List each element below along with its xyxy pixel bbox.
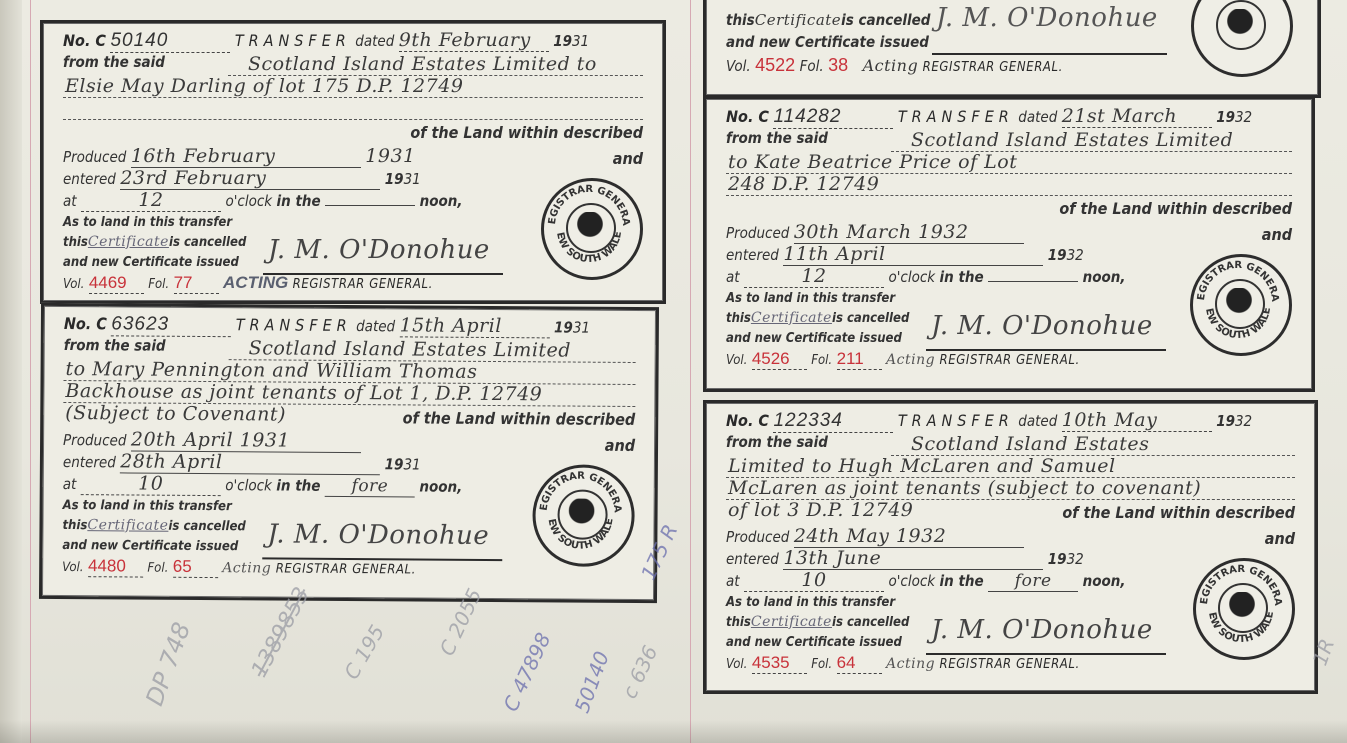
signature-line bbox=[926, 653, 1166, 655]
label-produced: Produced bbox=[726, 528, 789, 546]
label-entered: entered bbox=[63, 453, 116, 471]
registrar-label: REGISTRAR GENERAL. bbox=[940, 353, 1080, 368]
dated-year: 31 bbox=[572, 32, 589, 50]
entered-value: 11th April bbox=[783, 243, 1043, 266]
year-prefix: 19 bbox=[554, 318, 573, 336]
registrar-seal: REGISTRAR GENERAL NEW SOUTH WALES bbox=[532, 464, 635, 567]
label-cancelled: is cancelled bbox=[168, 519, 245, 535]
label-of-land: of the Land within described bbox=[1059, 199, 1292, 218]
transfer-number: 63623 bbox=[111, 313, 231, 337]
crest-icon bbox=[1227, 9, 1253, 39]
crest-icon bbox=[577, 212, 603, 242]
label-entered: entered bbox=[726, 246, 779, 264]
margin-line-left bbox=[30, 0, 31, 743]
signature: J. M. O'Donohue bbox=[931, 311, 1153, 341]
dated-value: 9th February bbox=[399, 29, 549, 52]
label-new-cert: and new Certificate issued bbox=[63, 255, 239, 270]
label-no-c: No. C bbox=[64, 314, 107, 333]
fol-value: 77 bbox=[174, 273, 219, 294]
signature: J. M. O'Donohue bbox=[267, 519, 489, 551]
label-this: this bbox=[726, 311, 751, 326]
vol-value: 4469 bbox=[89, 273, 144, 294]
label-vol: Vol. bbox=[726, 353, 747, 368]
label-entered: entered bbox=[63, 170, 116, 188]
label-new-cert: and new Certificate issued bbox=[726, 635, 902, 650]
label-of-land: of the Land within described bbox=[410, 123, 643, 142]
from-line: Limited to Hugh McLaren and Samuel bbox=[728, 455, 1116, 477]
label-noon: noon, bbox=[420, 192, 463, 210]
label-no-c: No. C bbox=[726, 411, 769, 430]
label-as-to-land: As to land in this transfer bbox=[63, 215, 232, 230]
label-transfer: TRANSFER bbox=[235, 31, 351, 50]
label-vol: Vol. bbox=[62, 560, 83, 575]
dated-value: 10th May bbox=[1062, 409, 1212, 432]
label-no-c: No. C bbox=[726, 107, 769, 126]
label-entered: entered bbox=[726, 550, 779, 568]
label-of-land: of the Land within described bbox=[403, 408, 636, 429]
label-vol: Vol. bbox=[726, 57, 751, 75]
label-dated: dated bbox=[1018, 412, 1057, 430]
at-hour: 12 bbox=[744, 265, 884, 288]
label-fol: Fol. bbox=[800, 57, 824, 75]
cert-word: Certificate bbox=[87, 517, 168, 534]
produced-value: 30th March 1932 bbox=[794, 221, 1024, 244]
acting-note: Acting bbox=[863, 56, 919, 75]
fol-value: 64 bbox=[837, 653, 882, 674]
from-line: Scotland Island Estates Limited bbox=[249, 337, 571, 361]
from-line: 248 D.P. 12749 bbox=[728, 173, 879, 195]
label-and: and bbox=[613, 149, 643, 168]
cert-word: Certificate bbox=[751, 310, 832, 326]
label-oclock: o'clock bbox=[225, 192, 272, 210]
label-this: this bbox=[63, 235, 88, 250]
label-in-the: in the bbox=[277, 192, 321, 210]
signature: J. M. O'Donohue bbox=[268, 235, 490, 265]
label-vol: Vol. bbox=[63, 277, 84, 292]
cert-word: Certificate bbox=[755, 11, 841, 29]
crest-icon bbox=[1226, 288, 1252, 318]
entered-value: 23rd February bbox=[120, 167, 380, 190]
registrar-label: REGISTRAR GENERAL. bbox=[293, 277, 433, 292]
label-dated: dated bbox=[1018, 108, 1057, 126]
label-noon: noon, bbox=[419, 477, 462, 495]
registrar-seal: REGISTRAR GENERAL NEW SOUTH WALES bbox=[1193, 558, 1295, 660]
label-this: this bbox=[726, 615, 751, 630]
fol-value: 65 bbox=[173, 557, 218, 578]
crest-icon bbox=[1229, 592, 1255, 622]
label-and: and bbox=[1262, 225, 1292, 244]
year-prefix: 19 bbox=[385, 170, 404, 188]
vol-value: 4526 bbox=[752, 349, 807, 370]
from-line: of lot 3 D.P. 12749 bbox=[728, 499, 913, 521]
label-and: and bbox=[605, 436, 635, 455]
label-as-to-land: As to land in this transfer bbox=[726, 595, 895, 610]
transfer-number: 50140 bbox=[110, 30, 230, 53]
year-prefix: 19 bbox=[1216, 108, 1235, 126]
registrar-label: REGISTRAR GENERAL. bbox=[940, 657, 1080, 672]
at-hour: 12 bbox=[81, 189, 221, 212]
label-fol: Fol. bbox=[147, 561, 168, 576]
label-in-the: in the bbox=[940, 268, 984, 286]
label-this: this bbox=[726, 11, 755, 29]
label-noon: noon, bbox=[1083, 572, 1126, 590]
label-this: this bbox=[62, 518, 87, 533]
at-hour: 10 bbox=[81, 472, 221, 496]
label-from: from the said bbox=[726, 129, 828, 147]
from-line: Scotland Island Estates Limited to bbox=[248, 53, 597, 75]
registrar-seal: REGISTRAR GENERAL NEW SOUTH WALES bbox=[541, 178, 643, 280]
pencil-note: c 636 bbox=[617, 642, 662, 702]
label-in-the: in the bbox=[940, 572, 984, 590]
at-hour: 10 bbox=[744, 569, 884, 592]
label-new-cert: and new Certificate issued bbox=[726, 33, 929, 51]
label-cancelled: is cancelled bbox=[169, 235, 246, 250]
signature-line bbox=[926, 349, 1166, 351]
year-prefix: 19 bbox=[385, 455, 404, 473]
label-transfer: TRANSFER bbox=[898, 411, 1014, 430]
page-edge-shadow bbox=[0, 0, 22, 743]
label-no-c: No. C bbox=[63, 31, 106, 50]
label-and: and bbox=[1265, 529, 1295, 548]
dated-value: 21st March bbox=[1062, 105, 1212, 128]
pencil-note: C 47898 bbox=[498, 629, 555, 715]
from-line: Scotland Island Estates bbox=[911, 433, 1149, 455]
entered-year: 31 bbox=[403, 455, 420, 473]
fol-value: 38 bbox=[828, 55, 848, 75]
label-of-land: of the Land within described bbox=[1062, 503, 1295, 522]
pencil-note: C 195 bbox=[339, 621, 389, 684]
fol-value: 211 bbox=[837, 349, 882, 370]
label-at: at bbox=[726, 572, 740, 590]
label-transfer: TRANSFER bbox=[898, 107, 1014, 126]
label-from: from the said bbox=[63, 53, 165, 71]
label-as-to-land: As to land in this transfer bbox=[726, 291, 895, 306]
label-noon: noon, bbox=[1083, 268, 1126, 286]
year-prefix: 19 bbox=[1216, 412, 1235, 430]
transfer-card-114282: No. C 114282 TRANSFER dated 21st March 1… bbox=[703, 96, 1315, 392]
label-from: from the said bbox=[726, 433, 828, 451]
label-new-cert: and new Certificate issued bbox=[726, 331, 902, 346]
pencil-note: DP 748 bbox=[140, 619, 196, 710]
dated-year: 32 bbox=[1235, 108, 1252, 126]
transfer-card-partial: thisCertificateis cancelled and new Cert… bbox=[703, 0, 1321, 98]
acting-note: ACTING bbox=[223, 273, 288, 292]
vol-value: 4535 bbox=[752, 653, 807, 674]
produced-value: 24th May 1932 bbox=[794, 525, 1024, 548]
vol-value: 4522 bbox=[755, 55, 795, 75]
label-oclock: o'clock bbox=[888, 268, 935, 286]
label-fol: Fol. bbox=[811, 353, 832, 368]
label-dated: dated bbox=[355, 32, 394, 50]
dated-year: 32 bbox=[1235, 412, 1252, 430]
produced-value: 16th February bbox=[131, 145, 361, 168]
margin-line-center bbox=[690, 0, 691, 743]
dated-year: 31 bbox=[573, 319, 590, 337]
entered-value: 28th April bbox=[120, 450, 380, 475]
label-as-to-land: As to land in this transfer bbox=[63, 498, 232, 514]
noon-qualifier: fore bbox=[988, 571, 1078, 592]
acting-note: Acting bbox=[222, 560, 271, 576]
pencil-note: 50140 bbox=[570, 648, 614, 716]
transfer-number: 114282 bbox=[773, 106, 893, 129]
from-line: (Subject to Covenant) bbox=[65, 402, 286, 426]
registrar-seal: REGISTRAR GENERAL NEW SOUTH WALES bbox=[1190, 254, 1292, 356]
label-at: at bbox=[726, 268, 740, 286]
label-cancelled: is cancelled bbox=[832, 615, 909, 630]
page-bottom-shadow bbox=[0, 720, 1347, 743]
entered-year: 32 bbox=[1067, 246, 1084, 264]
entered-value: 13th June bbox=[783, 547, 1043, 570]
label-in-the: in the bbox=[276, 476, 320, 494]
from-line: Scotland Island Estates Limited bbox=[911, 129, 1233, 151]
label-fol: Fol. bbox=[811, 657, 832, 672]
document-page: thisCertificateis cancelled and new Cert… bbox=[0, 0, 1347, 743]
cert-word: Certificate bbox=[751, 614, 832, 630]
transfer-card-122334: No. C 122334 TRANSFER dated 10th May 193… bbox=[703, 400, 1318, 694]
from-line: McLaren as joint tenants (subject to cov… bbox=[728, 477, 1201, 499]
label-produced: Produced bbox=[726, 224, 789, 242]
noon-qualifier: fore bbox=[325, 476, 415, 498]
cert-word: Certificate bbox=[88, 234, 169, 250]
label-at: at bbox=[63, 192, 77, 210]
noon-qualifier bbox=[988, 281, 1078, 282]
vol-value: 4480 bbox=[88, 556, 143, 577]
label-produced: Produced bbox=[63, 148, 126, 166]
from-line: to Mary Pennington and William Thomas bbox=[66, 358, 478, 383]
registrar-label: REGISTRAR GENERAL. bbox=[923, 60, 1063, 75]
signature-line bbox=[932, 53, 1167, 55]
label-produced: Produced bbox=[63, 431, 126, 449]
crest-icon bbox=[568, 499, 594, 529]
registrar-label: REGISTRAR GENERAL. bbox=[276, 561, 416, 577]
noon-qualifier bbox=[325, 205, 415, 206]
year-prefix: 19 bbox=[1048, 550, 1067, 568]
acting-note: Acting bbox=[886, 352, 935, 368]
entered-year: 32 bbox=[1067, 550, 1084, 568]
produced-value: 20th April 1931 bbox=[131, 428, 361, 453]
label-fol: Fol. bbox=[148, 277, 169, 292]
dated-value: 15th April bbox=[400, 314, 550, 338]
label-dated: dated bbox=[356, 317, 395, 335]
transfer-card-63623: No. C 63623 TRANSFER dated 15th April 19… bbox=[39, 303, 659, 603]
label-from: from the said bbox=[64, 336, 166, 355]
label-cancelled: is cancelled bbox=[841, 11, 930, 29]
transfer-card-50140: No. C 50140 TRANSFER dated 9th February … bbox=[40, 20, 666, 304]
from-line: to Kate Beatrice Price of Lot bbox=[728, 151, 1017, 173]
label-oclock: o'clock bbox=[888, 572, 935, 590]
label-transfer: TRANSFER bbox=[236, 315, 352, 335]
acting-note: Acting bbox=[886, 656, 935, 672]
label-vol: Vol. bbox=[726, 657, 747, 672]
label-new-cert: and new Certificate issued bbox=[62, 538, 238, 554]
produced-year: 1931 bbox=[365, 145, 415, 167]
label-oclock: o'clock bbox=[225, 476, 272, 494]
signature-line bbox=[263, 273, 503, 275]
year-prefix: 19 bbox=[1048, 246, 1067, 264]
label-at: at bbox=[63, 475, 77, 493]
signature: J. M. O'Donohue bbox=[936, 3, 1158, 33]
entered-year: 31 bbox=[404, 170, 421, 188]
transfer-number: 122334 bbox=[773, 410, 893, 433]
from-line: Elsie May Darling of lot 175 D.P. 12749 bbox=[65, 75, 463, 97]
year-prefix: 19 bbox=[553, 32, 572, 50]
signature: J. M. O'Donohue bbox=[931, 615, 1153, 645]
label-cancelled: is cancelled bbox=[832, 311, 909, 326]
